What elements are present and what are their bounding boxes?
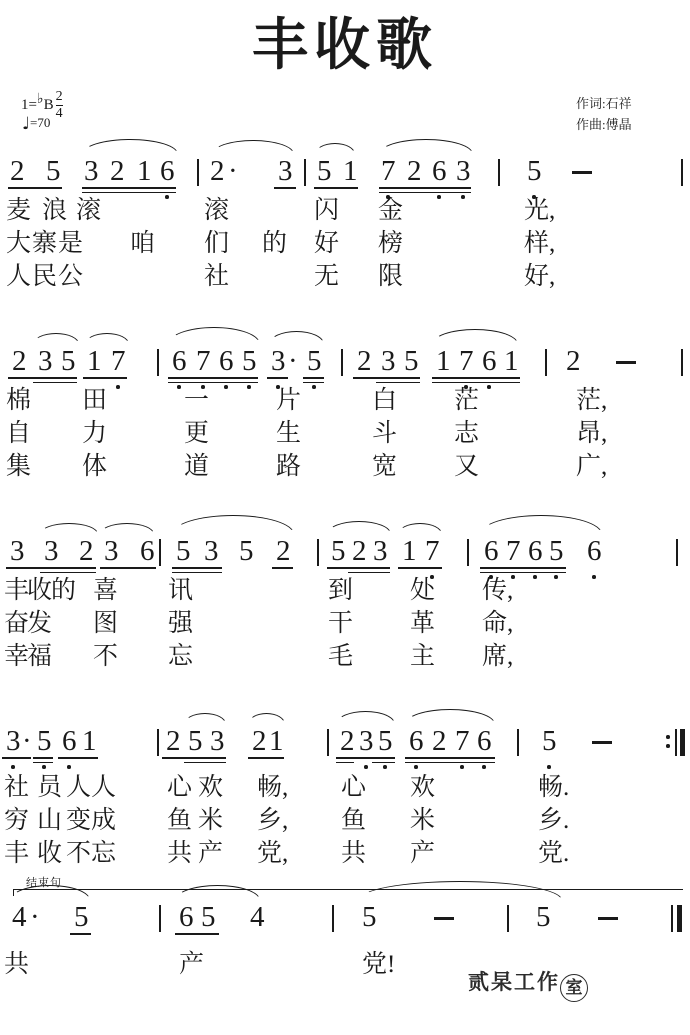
lyric-char: 毛 xyxy=(328,644,353,669)
note-digit: 3 xyxy=(359,727,374,756)
lyric-char: 大 xyxy=(6,231,31,256)
note-digit: 6 xyxy=(140,537,155,566)
octave-dot-below xyxy=(482,765,486,769)
note-digit: 2 xyxy=(10,157,25,186)
lyric-char: 是 xyxy=(58,231,83,256)
note-digit: 5 xyxy=(188,727,203,756)
beam-underline xyxy=(379,187,471,189)
note-digit: 7 xyxy=(455,727,470,756)
beam-underline xyxy=(248,757,284,759)
beam-underline xyxy=(272,567,293,569)
beam-underline xyxy=(432,382,520,384)
note-digit: 2 xyxy=(12,347,27,376)
lyricist-credit: 作词:石祥 xyxy=(576,94,632,115)
slur-arc xyxy=(405,709,495,724)
note-digit: 3 xyxy=(44,537,59,566)
ending-bracket-line xyxy=(13,889,683,890)
barline xyxy=(517,729,519,756)
barline xyxy=(304,159,306,186)
note-digit: 6 xyxy=(172,347,187,376)
beam-underline xyxy=(82,187,176,189)
beam-underline xyxy=(100,567,156,569)
lyric-char: 不 xyxy=(66,841,91,866)
note-digit: 5 xyxy=(536,903,551,932)
barline xyxy=(159,905,161,932)
time-signature: 24 xyxy=(56,90,63,121)
lyric-char: 棉 xyxy=(6,388,31,413)
lyric-char: 田 xyxy=(82,388,107,413)
lyric-char: 鱼 xyxy=(341,808,366,833)
duration-dash xyxy=(598,917,618,920)
note-digit: 2 xyxy=(566,347,581,376)
note-digit: 3 xyxy=(104,537,119,566)
lyric-char: 片 xyxy=(276,388,301,413)
lyric-char: 忘 xyxy=(91,841,116,866)
beam-underline xyxy=(168,377,258,379)
note-digit: 5 xyxy=(74,903,89,932)
beam-underline xyxy=(353,377,420,379)
slur-arc xyxy=(175,885,260,900)
note-digit: 6 xyxy=(219,347,234,376)
slur-arc xyxy=(33,333,79,344)
composer-credit: 作曲:傅晶 xyxy=(576,115,632,136)
lyric-char: 米 xyxy=(410,808,435,833)
note-digit: 6 xyxy=(477,727,492,756)
lyric-char: 传, xyxy=(482,578,513,603)
lyric-char: 福 xyxy=(27,644,52,669)
lyric-char: 公 xyxy=(58,264,83,289)
note-digit: 1 xyxy=(504,347,519,376)
lyric-char: 浪 xyxy=(42,198,67,223)
beam-underline xyxy=(2,757,31,759)
octave-dot-below xyxy=(67,765,71,769)
lyric-char: 滚 xyxy=(76,198,101,223)
lyric-char: 主 xyxy=(410,644,435,669)
note-digit: 1 xyxy=(82,727,97,756)
slur-arc xyxy=(358,881,562,900)
beam-underline xyxy=(336,757,395,759)
lyric-char: 席, xyxy=(482,644,513,669)
lyric-char: 社 xyxy=(4,775,29,800)
note-digit: 5 xyxy=(176,537,191,566)
lyric-char: 心 xyxy=(341,775,366,800)
lyric-char: 心 xyxy=(167,775,192,800)
slur-arc xyxy=(398,523,442,534)
slur-arc xyxy=(315,143,355,154)
note-digit: 1 xyxy=(343,157,358,186)
lyric-char: 共 xyxy=(167,841,192,866)
credits: 作词:石祥 作曲:傅晶 xyxy=(576,94,632,136)
lyric-char: 体 xyxy=(82,454,107,479)
beam-underline xyxy=(480,572,566,574)
beam-underline xyxy=(8,187,62,189)
lyric-char: 社 xyxy=(204,264,229,289)
barline xyxy=(197,159,199,186)
lyric-char: 党. xyxy=(538,841,569,866)
lyric-char: 忘 xyxy=(168,644,193,669)
note-digit: 6 xyxy=(160,157,175,186)
beam-underline xyxy=(83,377,127,379)
octave-dot-below xyxy=(247,385,251,389)
beam-underline xyxy=(40,572,96,574)
note-digit: 7 xyxy=(506,537,521,566)
beam-underline xyxy=(267,377,288,379)
lyric-char: 民 xyxy=(32,264,57,289)
note-digit: 1 xyxy=(137,157,152,186)
lyric-char: 的 xyxy=(51,578,76,603)
note-digit: 3 xyxy=(84,157,99,186)
lyric-char: 们 xyxy=(204,231,229,256)
song-title: 丰收歌 xyxy=(0,16,690,78)
slur-arc xyxy=(82,139,178,154)
augmentation-dot: · xyxy=(288,347,298,376)
repeat-dot xyxy=(666,744,670,748)
lyric-char: 限 xyxy=(378,264,403,289)
duration-dash xyxy=(572,171,592,174)
slur-arc xyxy=(327,521,391,534)
lyric-char: 发 xyxy=(27,611,52,636)
sheet-music-page: 丰收歌 1=♭B24 ♩=70 作词:石祥 作曲:傅晶 2532162·3517… xyxy=(0,0,690,1035)
lyric-char: 不 xyxy=(93,644,118,669)
beam-underline xyxy=(372,762,395,764)
lyric-char: 人 xyxy=(91,775,116,800)
beam-underline xyxy=(314,187,358,189)
note-digit: 5 xyxy=(527,157,542,186)
note-digit: 5 xyxy=(242,347,257,376)
octave-dot-below xyxy=(554,575,558,579)
beam-underline xyxy=(184,762,226,764)
beam-underline xyxy=(172,567,222,569)
lyric-char: 干 xyxy=(328,611,353,636)
lyric-char: 产 xyxy=(179,952,204,977)
slur-arc xyxy=(212,140,294,154)
slur-arc xyxy=(184,713,226,724)
lyric-char: 志 xyxy=(454,421,479,446)
lyric-char: 收 xyxy=(37,841,62,866)
beam-underline xyxy=(379,192,471,194)
note-digit: 5 xyxy=(362,903,377,932)
lyric-char: 宽 xyxy=(372,454,397,479)
lyric-char: 命, xyxy=(482,611,513,636)
lyric-char: 白 xyxy=(372,388,397,413)
note-digit: 2 xyxy=(357,347,372,376)
lyric-char: 畅. xyxy=(538,775,569,800)
note-digit: 5 xyxy=(331,537,346,566)
octave-dot-below xyxy=(460,765,464,769)
note-digit: 1 xyxy=(402,537,417,566)
lyric-char: 共 xyxy=(341,841,366,866)
lyric-char: 成 xyxy=(91,808,116,833)
lyric-char: 广, xyxy=(576,454,607,479)
beam-underline xyxy=(70,933,91,935)
duration-dash xyxy=(592,741,612,744)
note-digit: 3 xyxy=(210,727,225,756)
octave-dot-below xyxy=(116,385,120,389)
octave-dot-below xyxy=(383,765,387,769)
lyric-char: 革 xyxy=(410,611,435,636)
lyric-char: 产 xyxy=(198,841,223,866)
lyric-char: 寨 xyxy=(32,231,57,256)
lyric-char: 米 xyxy=(198,808,223,833)
barline xyxy=(317,539,319,566)
lyric-char: 金 xyxy=(378,198,403,223)
beam-underline xyxy=(58,757,98,759)
beam-underline xyxy=(405,762,495,764)
watermark-seal-circle: 室 xyxy=(560,974,588,1002)
octave-dot-below xyxy=(437,195,441,199)
slur-arc xyxy=(85,333,129,344)
lyric-char: 产 xyxy=(410,841,435,866)
lyric-char: 无 xyxy=(314,264,339,289)
augmentation-dot: · xyxy=(228,157,238,186)
note-digit: 3 xyxy=(10,537,25,566)
note-digit: 7 xyxy=(111,347,126,376)
octave-dot-below xyxy=(533,575,537,579)
lyric-char: 奋 xyxy=(4,611,29,636)
lyric-char: 榜 xyxy=(378,231,403,256)
beam-underline xyxy=(175,933,219,935)
barline xyxy=(507,905,509,932)
note-digit: 6 xyxy=(587,537,602,566)
lyric-char: 丰 xyxy=(4,578,29,603)
repeat-dot xyxy=(666,735,670,739)
repeat-thick-barline xyxy=(680,729,685,756)
beam-underline xyxy=(398,567,442,569)
lyric-char: 畅, xyxy=(257,775,288,800)
note-digit: 7 xyxy=(196,347,211,376)
note-digit: 2 xyxy=(210,157,225,186)
slur-arc xyxy=(480,515,602,534)
lyric-char: 穷 xyxy=(4,808,29,833)
octave-dot-below xyxy=(414,765,418,769)
octave-dot-below xyxy=(364,765,368,769)
lyric-char: 幸 xyxy=(4,644,29,669)
beam-underline xyxy=(33,382,77,384)
beam-underline xyxy=(303,382,324,384)
octave-dot-below xyxy=(312,385,316,389)
final-thick-barline xyxy=(677,905,682,932)
note-digit: 2 xyxy=(276,537,291,566)
note-digit: 3 xyxy=(6,727,21,756)
note-digit: 6 xyxy=(409,727,424,756)
note-digit: 3 xyxy=(381,347,396,376)
lyric-char: 员 xyxy=(37,775,62,800)
octave-dot-below xyxy=(224,385,228,389)
slur-arc xyxy=(269,331,324,344)
note-digit: 1 xyxy=(269,727,284,756)
octave-dot-below xyxy=(487,385,491,389)
flat-sign-icon: ♭ xyxy=(37,91,44,107)
beam-underline xyxy=(82,192,176,194)
lyric-char: 欢 xyxy=(410,775,435,800)
barline xyxy=(498,159,500,186)
lyric-char: 好, xyxy=(524,264,555,289)
note-digit: 2 xyxy=(340,727,355,756)
lyric-char: 鱼 xyxy=(167,808,192,833)
beam-underline xyxy=(33,762,53,764)
lyric-char: 闪 xyxy=(314,198,339,223)
beam-underline xyxy=(168,382,258,384)
lyric-char: 讯 xyxy=(168,578,193,603)
beam-underline xyxy=(162,757,226,759)
lyric-char: 山 xyxy=(37,808,62,833)
note-digit: 2 xyxy=(432,727,447,756)
note-digit: 6 xyxy=(482,347,497,376)
octave-dot-below xyxy=(592,575,596,579)
note-digit: 7 xyxy=(459,347,474,376)
octave-dot-below xyxy=(42,765,46,769)
beam-underline xyxy=(33,757,53,759)
duration-dash xyxy=(616,361,636,364)
note-digit: 2 xyxy=(352,537,367,566)
note-digit: 5 xyxy=(201,903,216,932)
note-digit: 5 xyxy=(307,347,322,376)
lyric-char: 路 xyxy=(276,454,301,479)
lyric-char: 收 xyxy=(27,578,52,603)
lyric-char: 昂, xyxy=(576,421,607,446)
slur-arc xyxy=(432,329,518,344)
lyric-char: 一 xyxy=(184,388,209,413)
barline xyxy=(467,539,469,566)
augmentation-dot: · xyxy=(22,727,32,756)
watermark-text: 贰杲工作 xyxy=(468,970,560,994)
lyric-char: 样, xyxy=(524,231,555,256)
note-digit: 5 xyxy=(317,157,332,186)
beam-underline xyxy=(405,757,495,759)
lyric-char: 变 xyxy=(66,808,91,833)
beam-underline xyxy=(6,567,96,569)
lyric-char: 人 xyxy=(6,264,31,289)
octave-dot-below xyxy=(177,385,181,389)
slur-arc xyxy=(248,713,285,724)
lyric-char: 又 xyxy=(454,454,479,479)
barline xyxy=(157,349,159,376)
lyric-char: 到 xyxy=(328,578,353,603)
studio-watermark: 贰杲工作室 xyxy=(468,966,588,1002)
barline xyxy=(545,349,547,376)
note-digit: 2 xyxy=(252,727,267,756)
beam-underline xyxy=(348,572,390,574)
slur-arc xyxy=(168,327,260,344)
note-digit: 3 xyxy=(204,537,219,566)
slur-arc xyxy=(100,523,154,534)
lyric-char: 好 xyxy=(314,231,339,256)
octave-dot-below xyxy=(547,765,551,769)
beam-underline xyxy=(8,377,77,379)
note-digit: 3 xyxy=(373,537,388,566)
note-digit: 7 xyxy=(425,537,440,566)
octave-dot-below xyxy=(461,195,465,199)
ending-phrase-label: 结束句 xyxy=(26,874,62,890)
beam-underline xyxy=(376,382,420,384)
lyric-char: 欢 xyxy=(198,775,223,800)
beam-underline xyxy=(172,572,222,574)
barline xyxy=(332,905,334,932)
note-digit: 3 xyxy=(456,157,471,186)
lyric-char: 道 xyxy=(184,454,209,479)
octave-dot-below xyxy=(165,195,169,199)
lyric-char: 麦 xyxy=(6,198,31,223)
note-digit: 6 xyxy=(528,537,543,566)
lyric-char: 共 xyxy=(4,952,29,977)
note-digit: 6 xyxy=(62,727,77,756)
lyric-char: 生 xyxy=(276,421,301,446)
barline xyxy=(676,539,678,566)
barline xyxy=(327,729,329,756)
note-digit: 5 xyxy=(239,537,254,566)
tempo-marking: ♩=70 xyxy=(22,114,50,134)
lyric-char: 的 xyxy=(262,231,287,256)
lyric-char: 喜 xyxy=(93,578,118,603)
lyric-char: 图 xyxy=(93,611,118,636)
note-digit: 5 xyxy=(61,347,76,376)
lyric-char: 咱 xyxy=(130,231,155,256)
barline xyxy=(681,349,683,376)
lyric-char: 乡, xyxy=(257,808,288,833)
note-digit: 5 xyxy=(549,537,564,566)
ending-bracket-tick xyxy=(13,889,14,896)
note-digit: 2 xyxy=(79,537,94,566)
note-digit: 6 xyxy=(432,157,447,186)
note-digit: 1 xyxy=(87,347,102,376)
beam-underline xyxy=(336,762,354,764)
note-digit: 4 xyxy=(12,903,27,932)
lyric-char: 力 xyxy=(82,421,107,446)
lyric-char: 乡. xyxy=(538,808,569,833)
note-digit: 4 xyxy=(250,903,265,932)
lyric-char: 强 xyxy=(168,611,193,636)
lyric-char: 更 xyxy=(184,421,209,446)
lyric-char: 光, xyxy=(524,198,555,223)
beam-underline xyxy=(432,377,520,379)
lyric-char: 斗 xyxy=(372,421,397,446)
lyric-char: 丰 xyxy=(4,841,29,866)
final-thin-barline xyxy=(671,905,673,932)
note-digit: 3 xyxy=(278,157,293,186)
lyric-char: 党! xyxy=(362,952,395,977)
beam-underline xyxy=(303,377,324,379)
lyric-char: 集 xyxy=(6,454,31,479)
lyric-char: 茫 xyxy=(454,388,479,413)
duration-dash xyxy=(434,917,454,920)
note-digit: 2 xyxy=(110,157,125,186)
slur-arc xyxy=(172,515,294,534)
note-digit: 5 xyxy=(378,727,393,756)
note-digit: 3 xyxy=(271,347,286,376)
note-digit: 5 xyxy=(542,727,557,756)
note-digit: 5 xyxy=(46,157,61,186)
note-digit: 6 xyxy=(484,537,499,566)
lyric-char: 党, xyxy=(257,841,288,866)
lyric-char: 自 xyxy=(6,421,31,446)
barline xyxy=(341,349,343,376)
lyric-char: 滚 xyxy=(204,198,229,223)
slur-arc xyxy=(336,711,395,724)
note-digit: 5 xyxy=(37,727,52,756)
octave-dot-below xyxy=(11,765,15,769)
beam-underline xyxy=(480,567,566,569)
repeat-thin-barline xyxy=(675,729,677,756)
note-digit: 2 xyxy=(407,157,422,186)
beam-underline xyxy=(327,567,390,569)
note-digit: 6 xyxy=(179,903,194,932)
barline xyxy=(157,729,159,756)
note-digit: 5 xyxy=(404,347,419,376)
lyric-char: 茫, xyxy=(576,388,607,413)
lyric-char: 处 xyxy=(410,578,435,603)
barline xyxy=(159,539,161,566)
lyric-char: 人 xyxy=(66,775,91,800)
